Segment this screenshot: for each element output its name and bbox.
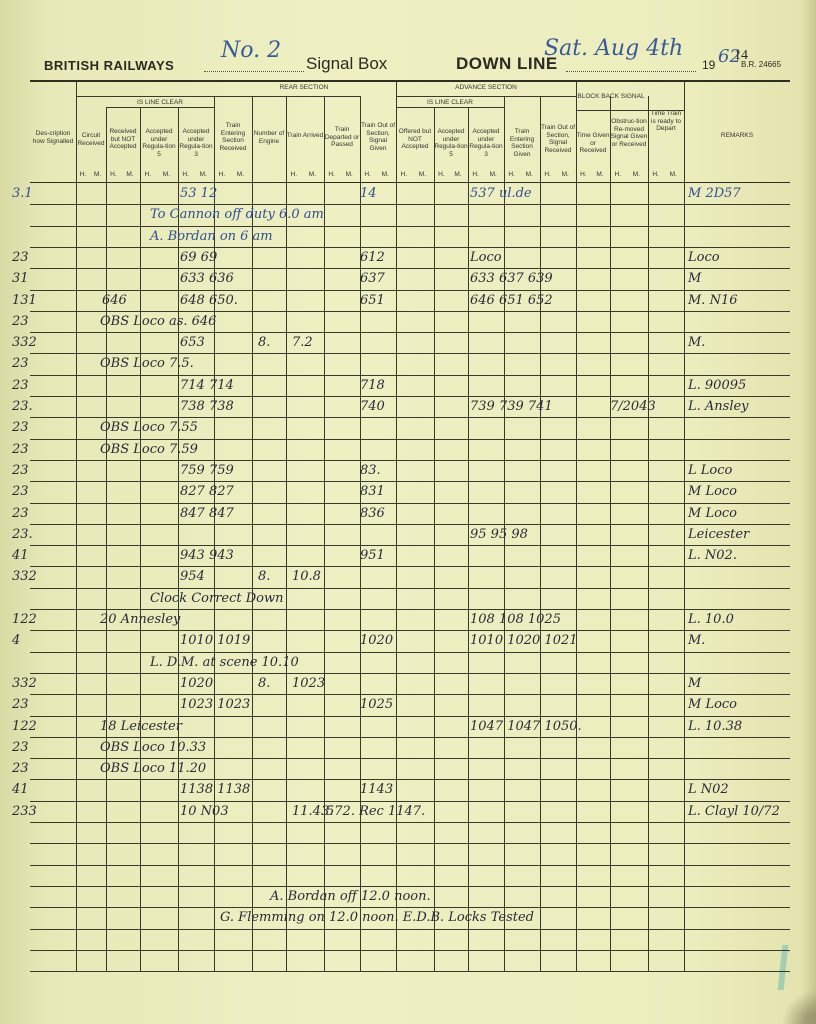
row-rule <box>30 779 790 780</box>
column-header: Obstruc-tion Re-moved Signal Given or Re… <box>610 118 648 148</box>
entry-description: 122 <box>12 719 37 734</box>
hm-label: H. <box>182 171 189 178</box>
row-rule <box>30 694 790 695</box>
entry-description: 23 <box>12 484 29 499</box>
entry-advance-times: 739 739 741 <box>470 399 553 414</box>
column-rule <box>648 96 649 971</box>
entry-remarks: L. N02. <box>688 548 737 563</box>
entry-advance-times: 633 637 639 <box>470 271 553 286</box>
column-header: Train Departed or Passed <box>324 126 360 149</box>
org-name: BRITISH RAILWAYS <box>44 58 174 73</box>
hm-label: H. <box>110 171 117 178</box>
row-rule <box>30 929 790 930</box>
column-rule <box>324 96 325 971</box>
entry-remarks: L Loco <box>688 463 732 478</box>
column-header: Train Arrived <box>286 132 324 140</box>
entry-line-clear-times: 827 827 <box>180 484 234 499</box>
group-is-line-clear-advance: IS LINE CLEAR <box>396 99 504 107</box>
row-rule <box>30 545 790 546</box>
row-rule <box>30 865 790 866</box>
entry-inline-note: 18 Leicester <box>100 719 182 734</box>
entry-inline-note: OBS Loco as. 646 <box>100 314 216 329</box>
entry-description: 233 <box>12 804 37 819</box>
entry-out-of-section: 572. Rec 1147. <box>326 804 425 819</box>
hm-label: H. <box>328 171 335 178</box>
entry-remarks: M Loco <box>688 506 737 521</box>
column-header: Circuit Received <box>76 132 106 147</box>
row-rule <box>30 226 790 227</box>
hm-label: M. <box>490 171 497 178</box>
hm-label: H. <box>472 171 479 178</box>
signal-box-label: Signal Box <box>306 54 387 74</box>
column-rule <box>76 82 77 971</box>
row-rule <box>30 737 790 738</box>
row-rule <box>30 716 790 717</box>
entry-description: 332 <box>12 335 37 350</box>
entry-inline-note: OBS Loco 7.5. <box>100 356 194 371</box>
entry-remarks: L. 10.0 <box>688 612 734 627</box>
entry-block-back: 7/2043 <box>610 399 656 414</box>
row-rule <box>30 460 790 461</box>
column-rule <box>396 82 397 971</box>
row-rule <box>30 353 790 354</box>
hm-label: H. <box>615 171 622 178</box>
hm-label: M. <box>237 171 244 178</box>
entry-out-of-section: 612 <box>360 250 385 265</box>
entry-description: 332 <box>12 676 37 691</box>
form-title-row: BRITISH RAILWAYS No. 2 Signal Box DOWN L… <box>36 44 776 78</box>
header-group-rule <box>576 110 684 111</box>
hm-label: H. <box>508 171 515 178</box>
form-number: B.R. 24665 <box>741 60 781 69</box>
entry-description: 41 <box>12 782 29 797</box>
hm-label: M. <box>94 171 101 178</box>
entry-line-clear-times: 648 650. <box>180 293 238 308</box>
entry-advance-times: 95 95 98 <box>470 527 528 542</box>
row-rule <box>30 886 790 887</box>
entry-out-of-section: 1025 <box>360 697 393 712</box>
entry-out-of-section: 1143 <box>360 782 393 797</box>
entry-inline-note: OBS Loco 11.20 <box>100 761 206 776</box>
entry-engine: 8. <box>258 676 270 691</box>
row-rule <box>30 950 790 951</box>
entry-remarks: Loco <box>688 250 720 265</box>
column-header: REMARKS <box>684 132 790 140</box>
entry-description: 23 <box>12 463 29 478</box>
entry-description: 23 <box>12 697 29 712</box>
entry-remarks: L. Clayl 10/72 <box>688 804 780 819</box>
entry-out-of-section: 831 <box>360 484 385 499</box>
hm-label: M. <box>562 171 569 178</box>
hm-label: M. <box>126 171 133 178</box>
column-rule <box>434 107 435 971</box>
entry-description: 31 <box>12 271 29 286</box>
hm-label: M. <box>670 171 677 178</box>
row-rule <box>30 673 790 674</box>
entry-inline-note: OBS Loco 7.55 <box>100 420 198 435</box>
column-rule <box>576 82 577 971</box>
header-bottom-rule <box>30 182 790 183</box>
group-block-back-signal: BLOCK BACK SIGNAL <box>576 93 646 101</box>
entry-remarks: L. 90095 <box>688 378 746 393</box>
entry-description: 23 <box>12 442 29 457</box>
entry-remarks: M. <box>688 335 705 350</box>
column-header: Time Given or Received <box>576 132 610 155</box>
entry-advance-times: 108 108 1025 <box>470 612 561 627</box>
hm-label: H. <box>219 171 226 178</box>
entry-description: 23 <box>12 250 29 265</box>
register-sheet: REAR SECTION ADVANCE SECTION IS LINE CLE… <box>30 80 790 980</box>
entry-line-clear-times: 1023 1023 <box>180 697 250 712</box>
column-header: Accepted under Regula-tion 3 <box>468 128 504 158</box>
line-label: DOWN LINE <box>456 54 558 74</box>
entry-out-of-section: 83. <box>360 463 381 478</box>
entry-line-clear-times: 69 69 <box>180 250 217 265</box>
column-rule <box>106 107 107 971</box>
column-header: Accepted under Regula-tion 5 <box>140 128 178 158</box>
top-rule <box>30 80 790 82</box>
row-rule <box>30 524 790 525</box>
column-header: Train Out of Section, Signal Given <box>360 122 396 152</box>
hm-label: H. <box>80 171 87 178</box>
entry-advance-times: 1047 1047 1050. <box>470 719 582 734</box>
column-header: Received but NOT Accepted <box>106 128 140 151</box>
row-rule <box>30 822 790 823</box>
entry-engine: 8. <box>258 335 270 350</box>
column-header: Train Entering Section Given <box>504 128 540 158</box>
entry-remarks: M. <box>688 633 705 648</box>
row-rule <box>30 247 790 248</box>
entry-line-clear-times: 10 N03 <box>180 804 229 819</box>
hm-label: H. <box>580 171 587 178</box>
row-rule <box>30 971 790 972</box>
hm-label: H. <box>291 171 298 178</box>
group-advance-section: ADVANCE SECTION <box>396 84 576 92</box>
row-rule <box>30 652 790 653</box>
hm-label: M. <box>346 171 353 178</box>
row-rule <box>30 311 790 312</box>
column-header: Offered but NOT Accepted <box>396 128 434 151</box>
entry-description: 332 <box>12 569 37 584</box>
hm-label: M. <box>200 171 207 178</box>
column-rule <box>252 96 253 971</box>
entry-line-clear-times: 53 12 <box>180 186 217 201</box>
hm-label: H. <box>145 171 152 178</box>
page-corner <box>776 984 816 1024</box>
entry-remarks: M Loco <box>688 484 737 499</box>
column-rule <box>286 96 287 971</box>
entry-note: To Cannon off duty 6.0 am <box>150 207 324 222</box>
entry-description: 23 <box>12 420 29 435</box>
entry-out-of-section: 740 <box>360 399 385 414</box>
column-header: Number of Engine <box>252 130 286 145</box>
entry-arrived: 7.2 <box>292 335 313 350</box>
entry-description: 4 <box>12 633 20 648</box>
entry-line-clear-times: 1138 1138 <box>180 782 250 797</box>
entry-arrived: 10.8 <box>292 569 321 584</box>
entry-inline-note: OBS Loco 10.33 <box>100 740 206 755</box>
year-prefix: 19 <box>702 58 715 72</box>
footer-note: G. Flemming on 12.0 noon. E.D.B. Locks T… <box>220 910 534 925</box>
hm-label: M. <box>633 171 640 178</box>
column-rule <box>610 96 611 971</box>
row-rule <box>30 375 790 376</box>
entry-line-clear-times: 847 847 <box>180 506 234 521</box>
column-header: Time Train is ready to Depart <box>648 110 684 133</box>
row-rule <box>30 630 790 631</box>
entry-remarks: M Loco <box>688 697 737 712</box>
entry-out-of-section: 836 <box>360 506 385 521</box>
hm-label: M. <box>419 171 426 178</box>
hm-label: H. <box>438 171 445 178</box>
column-header: Train Entering Section Received <box>214 122 252 152</box>
row-rule <box>30 566 790 567</box>
entry-remarks: L. 10.38 <box>688 719 742 734</box>
entry-description: 23 <box>12 314 29 329</box>
column-header: Train Out of Section, Signal Received <box>540 124 576 154</box>
column-rule <box>140 107 141 971</box>
entry-engine: 8. <box>258 569 270 584</box>
column-rule <box>684 82 685 971</box>
entry-arrived: 1023 <box>292 676 325 691</box>
entry-out-of-section: 718 <box>360 378 385 393</box>
entry-line-clear-times: 1010 1019 <box>180 633 250 648</box>
entry-description: 23. <box>12 527 33 542</box>
column-header: Accepted under Regula-tion 3 <box>178 128 214 158</box>
column-rule <box>468 107 469 971</box>
hm-label: M. <box>309 171 316 178</box>
entry-remarks: Leicester <box>688 527 749 542</box>
row-rule <box>30 588 790 589</box>
hm-label: H. <box>364 171 371 178</box>
row-rule <box>30 758 790 759</box>
entry-advance-times: 537 ul.de <box>470 186 532 201</box>
column-header: Des-cription how Signalled <box>30 130 76 145</box>
row-rule <box>30 801 790 802</box>
entry-advance-times: 1010 1020 1021 <box>470 633 578 648</box>
entry-line-clear-times: 1020 <box>180 676 213 691</box>
entry-line-clear-times: 653 <box>180 335 205 350</box>
column-rule <box>214 96 215 971</box>
hm-label: M. <box>526 171 533 178</box>
row-rule <box>30 290 790 291</box>
header-group-rule <box>396 96 576 97</box>
column-header: Accepted under Regula-tion 5 <box>434 128 468 158</box>
row-rule <box>30 332 790 333</box>
group-is-line-clear-rear: IS LINE CLEAR <box>106 99 214 107</box>
entry-out-of-section: 1020 <box>360 633 393 648</box>
entry-line-clear-times: 714 714 <box>180 378 234 393</box>
entry-description: 3.1 <box>12 186 33 201</box>
row-rule <box>30 396 790 397</box>
entry-inline-note: OBS Loco 7.59 <box>100 442 198 457</box>
header-group-rule <box>106 107 214 108</box>
row-rule <box>30 204 790 205</box>
page-edge <box>802 0 816 1024</box>
entry-description: 131 <box>12 293 37 308</box>
entry-description: 23 <box>12 506 29 521</box>
hm-label: H. <box>544 171 551 178</box>
entry-note: L. D.M. at scene 10.10 <box>150 655 299 670</box>
row-rule <box>30 609 790 610</box>
entry-line-clear-times: 759 759 <box>180 463 234 478</box>
entry-line-clear-times: 633 636 <box>180 271 234 286</box>
entry-remarks: M <box>688 271 701 286</box>
entry-out-of-section: 14 <box>360 186 377 201</box>
group-rear-section: REAR SECTION <box>214 84 394 92</box>
entry-line-clear-times: 954 <box>180 569 205 584</box>
entry-inline-note: 20 Annesley <box>100 612 180 627</box>
entry-line-clear-times: 738 738 <box>180 399 234 414</box>
row-rule <box>30 439 790 440</box>
entry-line-clear-times: 943 943 <box>180 548 234 563</box>
entry-description: 23 <box>12 761 29 776</box>
hm-label: M. <box>163 171 170 178</box>
entry-description: 23 <box>12 356 29 371</box>
entry-out-of-section: 951 <box>360 548 385 563</box>
column-rule <box>360 96 361 971</box>
entry-out-of-section: 651 <box>360 293 385 308</box>
entry-remarks: M. N16 <box>688 293 738 308</box>
entry-description: 23. <box>12 399 33 414</box>
row-rule <box>30 907 790 908</box>
entry-advance-times: Loco <box>470 250 502 265</box>
row-rule <box>30 843 790 844</box>
header-group-rule <box>76 96 360 97</box>
entry-note: Clock Correct Down <box>150 591 284 606</box>
hm-label: M. <box>596 171 603 178</box>
entry-advance-times: 646 651 652 <box>470 293 553 308</box>
hm-label: H. <box>401 171 408 178</box>
column-rule <box>540 96 541 971</box>
box-name-handwritten: No. 2 <box>221 38 281 63</box>
hm-label: H. <box>652 171 659 178</box>
entry-description: 23 <box>12 740 29 755</box>
entry-remarks: L N02 <box>688 782 729 797</box>
row-rule <box>30 503 790 504</box>
entry-out-of-section: 637 <box>360 271 385 286</box>
hm-label: M. <box>382 171 389 178</box>
entry-note: A. Bordan on 6 am <box>150 229 273 244</box>
entry-remarks: M <box>688 676 701 691</box>
entry-description: 41 <box>12 548 29 563</box>
hm-label: M. <box>454 171 461 178</box>
header-group-rule <box>396 107 504 108</box>
row-rule <box>30 481 790 482</box>
entry-description: 122 <box>12 612 37 627</box>
row-rule <box>30 268 790 269</box>
entry-remarks: M 2D57 <box>688 186 741 201</box>
entry-description: 23 <box>12 378 29 393</box>
row-rule <box>30 417 790 418</box>
entry-remarks: L. Ansley <box>688 399 749 414</box>
entry-circuit: 646 <box>102 293 127 308</box>
footer-note: A. Bordan off 12.0 noon. <box>270 889 431 904</box>
date-handwritten: Sat. Aug 4th <box>544 36 683 61</box>
